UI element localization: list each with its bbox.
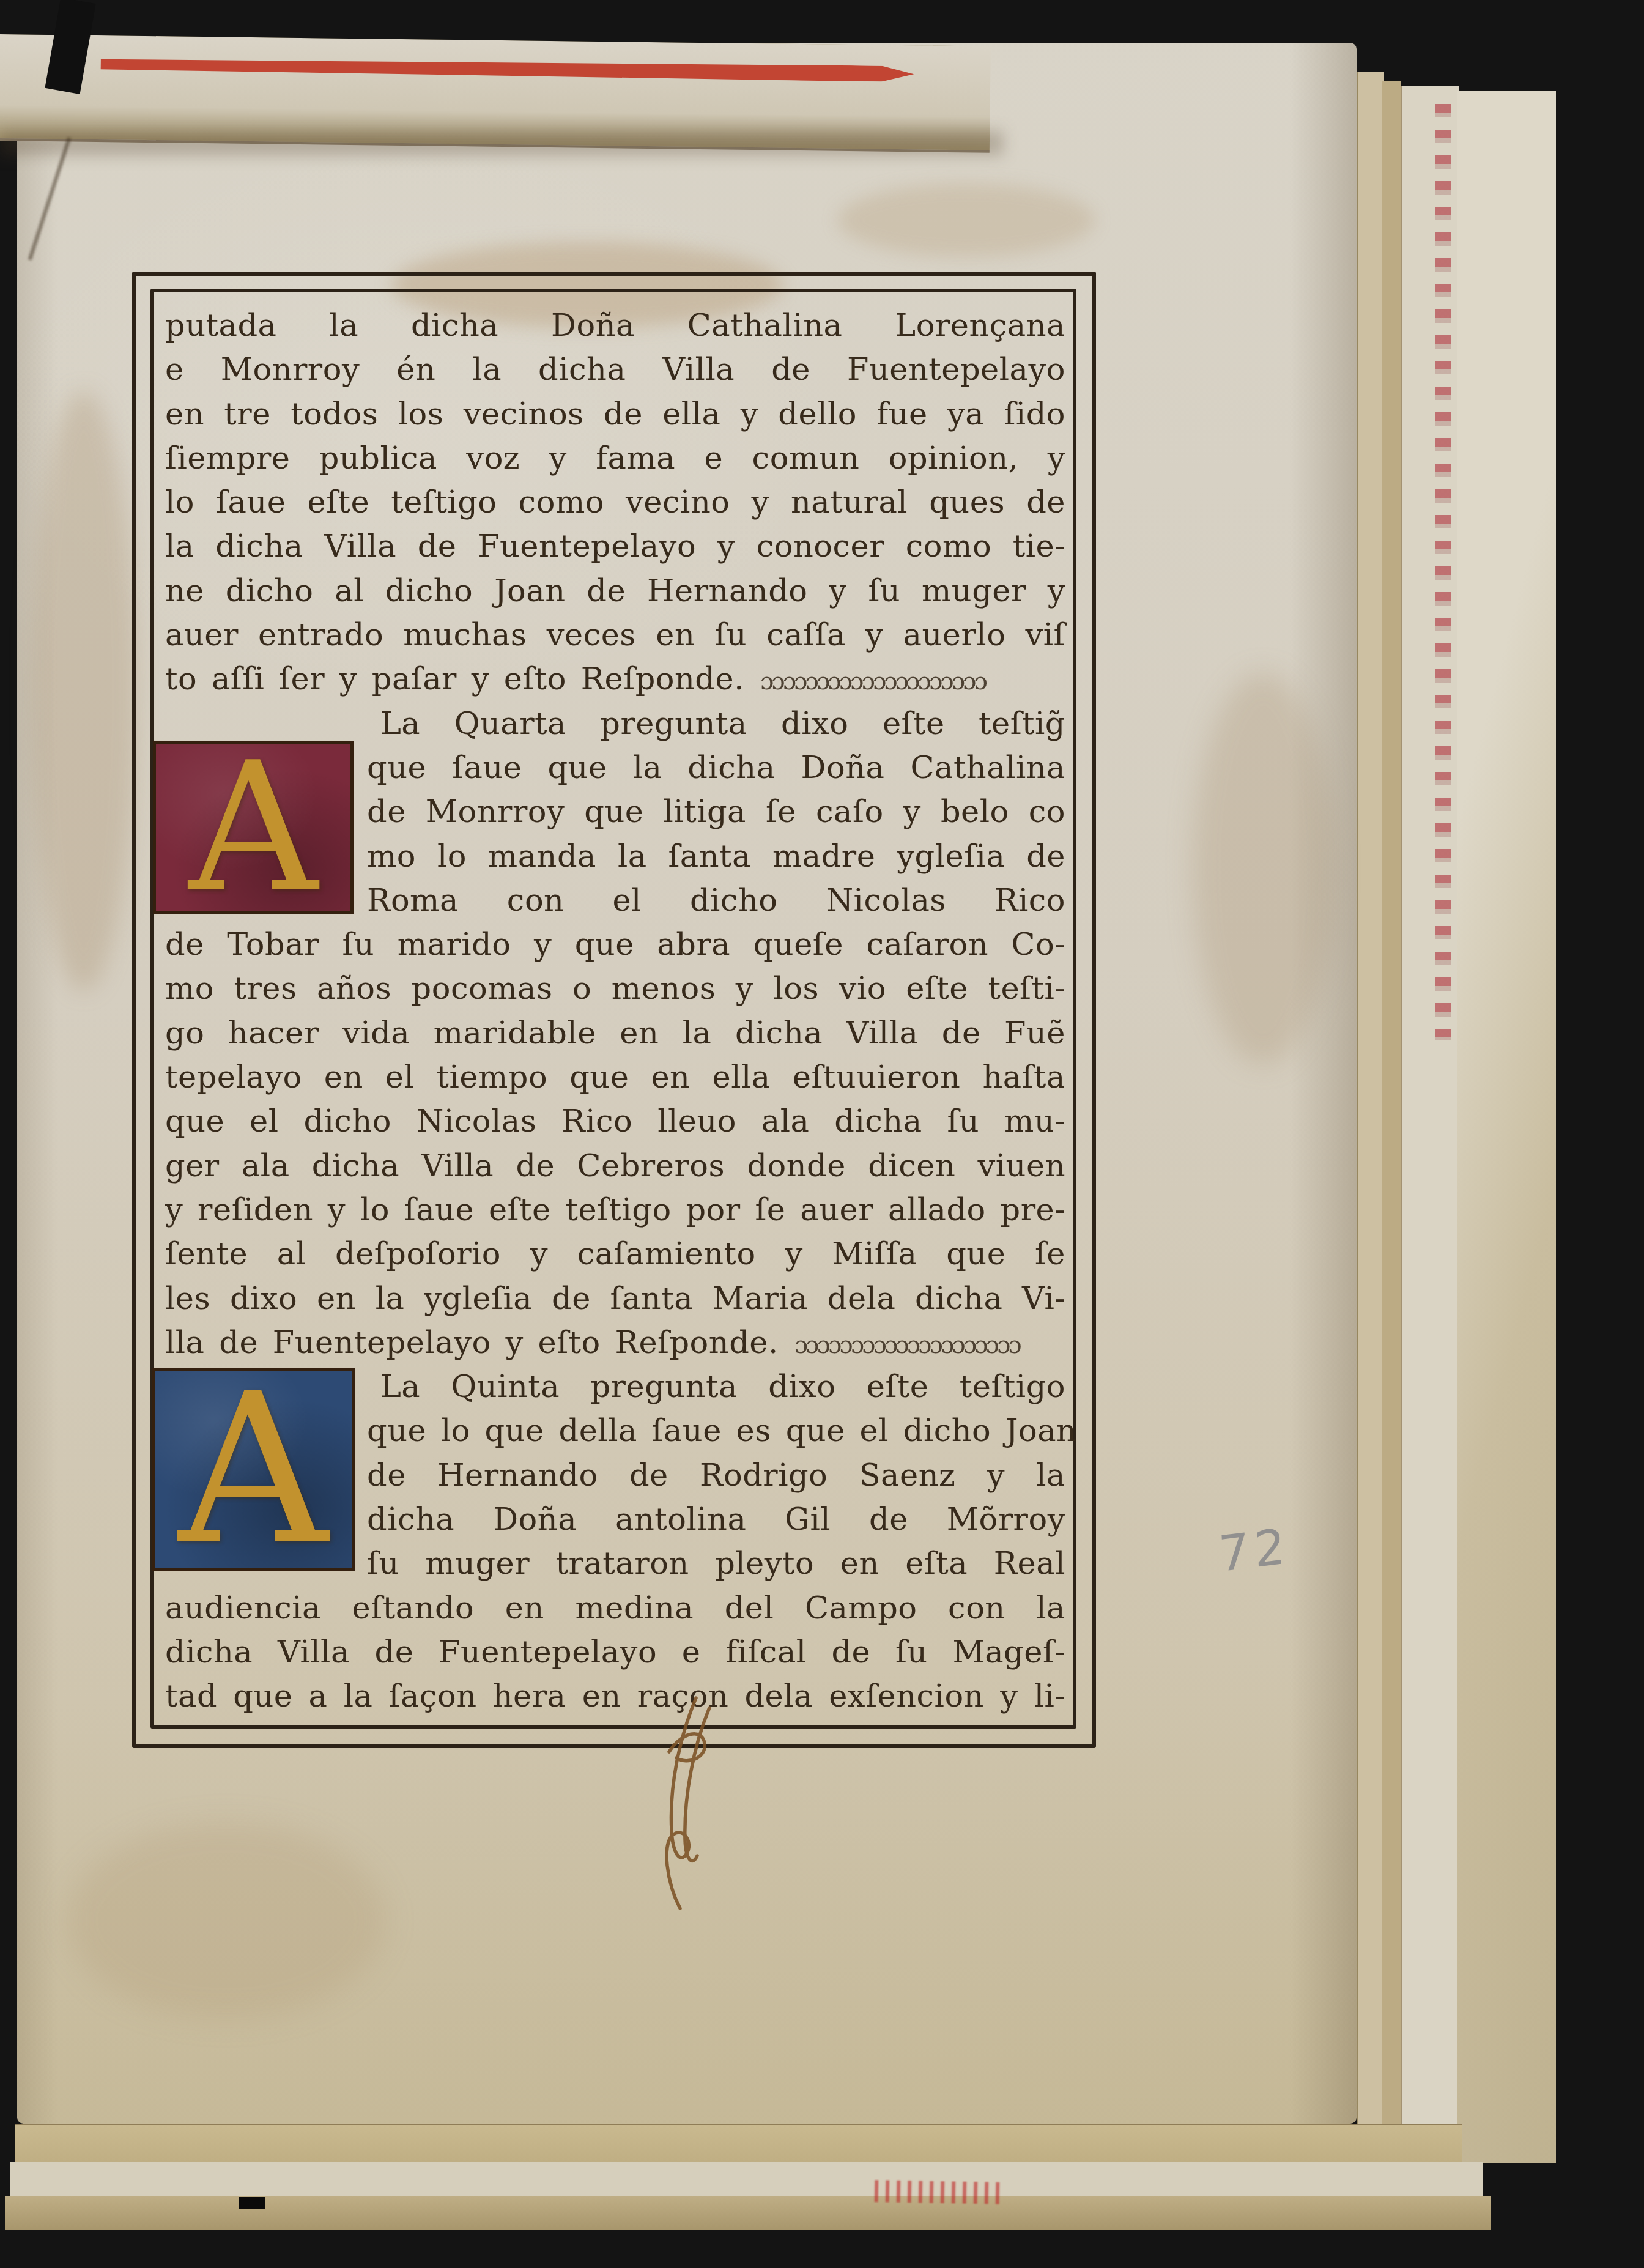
manuscript-line: ſiempre publica voz y fama e comun opini… bbox=[165, 437, 1065, 481]
manuscript-line: Roma con el dicho Nicolas Rico bbox=[367, 879, 1065, 923]
line-text: ſiempre publica voz y fama e comun opini… bbox=[165, 440, 1065, 476]
red-edge-tint bbox=[1435, 104, 1451, 1040]
manuscript-line: mo lo manda la ſanta madre ygleſia de bbox=[367, 835, 1065, 879]
manuscript-line: go hacer vida maridable en la dicha Vill… bbox=[165, 1012, 1065, 1056]
fore-edge-leaf bbox=[1382, 81, 1401, 2160]
manuscript-line: ger ala dicha Villa de Cebreros donde di… bbox=[165, 1144, 1065, 1188]
manuscript-line: lla de Fuentepelayo y eſto Reſponde.ɔɔɔɔ… bbox=[165, 1321, 1065, 1365]
text-block: putada la dicha Doña Cathalina Lorençana… bbox=[165, 304, 1065, 1719]
line-text: la dicha Villa de Fuentepelayo y conocer… bbox=[165, 528, 1065, 565]
line-text: dicha Villa de Fuentepelayo e fiſcal de … bbox=[165, 1634, 1065, 1670]
red-edge-tint bbox=[875, 2180, 1004, 2204]
manuscript-line: les dixo en la ygleſia de ſanta Maria de… bbox=[165, 1277, 1065, 1321]
manuscript-line: y reſiden y lo ſaue eſte teſtigo por ſe … bbox=[165, 1188, 1065, 1232]
parchment-stain bbox=[1193, 673, 1333, 1064]
line-text: lla de Fuentepelayo y eſto Reſponde. bbox=[165, 1321, 779, 1365]
manuscript-line: ne dicho al dicho Joan de Hernando y ſu … bbox=[165, 569, 1065, 613]
line-text: dicha Doña antolina Gil de Mõrroy bbox=[367, 1502, 1065, 1538]
bottom-page-edge bbox=[10, 2162, 1483, 2196]
photograph-stage: A A putada la dicha Doña Cathalina Loren… bbox=[0, 0, 1644, 2268]
bottom-page-edge bbox=[15, 2124, 1462, 2163]
line-text: to aſſi ſer y paſar y eſto Reſponde. bbox=[165, 658, 744, 702]
manuscript-line: la dicha Villa de Fuentepelayo y conocer… bbox=[165, 525, 1065, 569]
manuscript-line: tepelayo en el tiempo que en ella eſtuui… bbox=[165, 1056, 1065, 1100]
manuscript-line: ſu muger trataron pleyto en eſta Real bbox=[367, 1542, 1065, 1586]
line-text: tepelayo en el tiempo que en ella eſtuui… bbox=[165, 1059, 1065, 1095]
line-text: ſu muger trataron pleyto en eſta Real bbox=[367, 1546, 1065, 1582]
line-text: ſente al deſpoſorio y caſamiento y Miſſa… bbox=[165, 1236, 1065, 1272]
manuscript-line: dicha Villa de Fuentepelayo e fiſcal de … bbox=[165, 1631, 1065, 1675]
line-text: Roma con el dicho Nicolas Rico bbox=[367, 883, 1065, 919]
manuscript-line: de Monrroy que litiga ſe caſo y belo co bbox=[367, 790, 1065, 834]
manuscript-line: ſente al deſpoſorio y caſamiento y Miſſa… bbox=[165, 1232, 1065, 1277]
line-text: y reſiden y lo ſaue eſte teſtigo por ſe … bbox=[165, 1192, 1065, 1228]
line-text: putada la dicha Doña Cathalina Lorençana bbox=[165, 308, 1065, 344]
signature-flourish bbox=[624, 1693, 740, 1913]
folio-number: 72 bbox=[1217, 1518, 1292, 1583]
line-text: de Tobar ſu marido y que abra queſe caſa… bbox=[165, 927, 1065, 963]
manuscript-line: que lo que della ſaue es que el dicho Jo… bbox=[367, 1409, 1065, 1453]
manuscript-line: de Hernando de Rodrigo Saenz y la bbox=[367, 1454, 1065, 1498]
line-text: e Monrroy én la dicha Villa de Fuentepel… bbox=[165, 352, 1065, 388]
bottom-page-edge bbox=[5, 2196, 1491, 2230]
line-text: mo tres años pocomas o menos y los vio e… bbox=[165, 971, 1065, 1007]
fore-edge-leaf bbox=[1357, 72, 1384, 2164]
manuscript-line: mo tres años pocomas o menos y los vio e… bbox=[165, 967, 1065, 1011]
line-text: lo ſaue eſte teſtigo como vecino y natur… bbox=[165, 484, 1065, 521]
line-text: go hacer vida maridable en la dicha Vill… bbox=[165, 1015, 1065, 1051]
line-text: audiencia eſtando en medina del Campo co… bbox=[165, 1590, 1065, 1626]
manuscript-line: en tre todos los vecinos de ella y dello… bbox=[165, 393, 1065, 437]
parchment-stain bbox=[838, 183, 1095, 257]
line-text: que lo que della ſaue es que el dicho Jo… bbox=[367, 1413, 1076, 1449]
line-text: La Quinta pregunta dixo eſte teſtigo bbox=[380, 1369, 1065, 1405]
manuscript-line: putada la dicha Doña Cathalina Lorençana bbox=[165, 304, 1065, 348]
manuscript-line: de Tobar ſu marido y que abra queſe caſa… bbox=[165, 923, 1065, 967]
line-text: en tre todos los vecinos de ella y dello… bbox=[165, 396, 1065, 432]
parchment-stain bbox=[67, 1823, 385, 2018]
line-text: de Hernando de Rodrigo Saenz y la bbox=[367, 1458, 1065, 1494]
manuscript-line: dicha Doña antolina Gil de Mõrroy bbox=[367, 1498, 1065, 1542]
manuscript-line: que el dicho Nicolas Rico lleuo ala dich… bbox=[165, 1100, 1065, 1144]
edge-marker bbox=[239, 2197, 265, 2209]
fore-edge-leaf bbox=[1457, 91, 1556, 2163]
manuscript-line: audiencia eſtando en medina del Campo co… bbox=[165, 1587, 1065, 1631]
manuscript-line: tad que a la ſaçon hera en raçon dela ex… bbox=[165, 1675, 1065, 1719]
line-text: que ſaue que la dicha Doña Cathalina bbox=[367, 750, 1065, 786]
manuscript-line: auer entrado muchas veces en ſu caſſa y … bbox=[165, 613, 1065, 658]
line-text: auer entrado muchas veces en ſu caſſa y … bbox=[165, 617, 1065, 653]
manuscript-line: La Quarta pregunta dixo eſte teſtig̃ bbox=[380, 702, 1065, 746]
manuscript-line: que ſaue que la dicha Doña Cathalina bbox=[367, 746, 1065, 790]
line-text: ne dicho al dicho Joan de Hernando y ſu … bbox=[165, 573, 1065, 609]
line-text: La Quarta pregunta dixo eſte teſtig̃ bbox=[380, 706, 1065, 742]
red-edge-stripe bbox=[100, 56, 914, 82]
manuscript-line: e Monrroy én la dicha Villa de Fuentepel… bbox=[165, 348, 1065, 392]
parchment-stain bbox=[32, 391, 136, 991]
line-text: mo lo manda la ſanta madre ygleſia de bbox=[367, 839, 1065, 875]
line-text: de Monrroy que litiga ſe caſo y belo co bbox=[367, 794, 1065, 830]
pen-flourish-filler: ɔɔɔɔɔɔɔɔɔɔɔɔɔɔɔɔɔɔɔɔ bbox=[744, 659, 1065, 703]
manuscript-line: La Quinta pregunta dixo eſte teſtigo bbox=[380, 1365, 1065, 1409]
manuscript-line: to aſſi ſer y paſar y eſto Reſponde.ɔɔɔɔ… bbox=[165, 658, 1065, 702]
curl-shadow bbox=[0, 131, 1003, 155]
pen-flourish-filler: ɔɔɔɔɔɔɔɔɔɔɔɔɔɔɔɔɔɔɔɔ bbox=[779, 1323, 1065, 1367]
line-text: que el dicho Nicolas Rico lleuo ala dich… bbox=[165, 1103, 1065, 1140]
line-text: les dixo en la ygleſia de ſanta Maria de… bbox=[165, 1281, 1065, 1317]
line-text: tad que a la ſaçon hera en raçon dela ex… bbox=[165, 1678, 1065, 1714]
line-text: ger ala dicha Villa de Cebreros donde di… bbox=[165, 1148, 1065, 1184]
manuscript-line: lo ſaue eſte teſtigo como vecino y natur… bbox=[165, 481, 1065, 525]
